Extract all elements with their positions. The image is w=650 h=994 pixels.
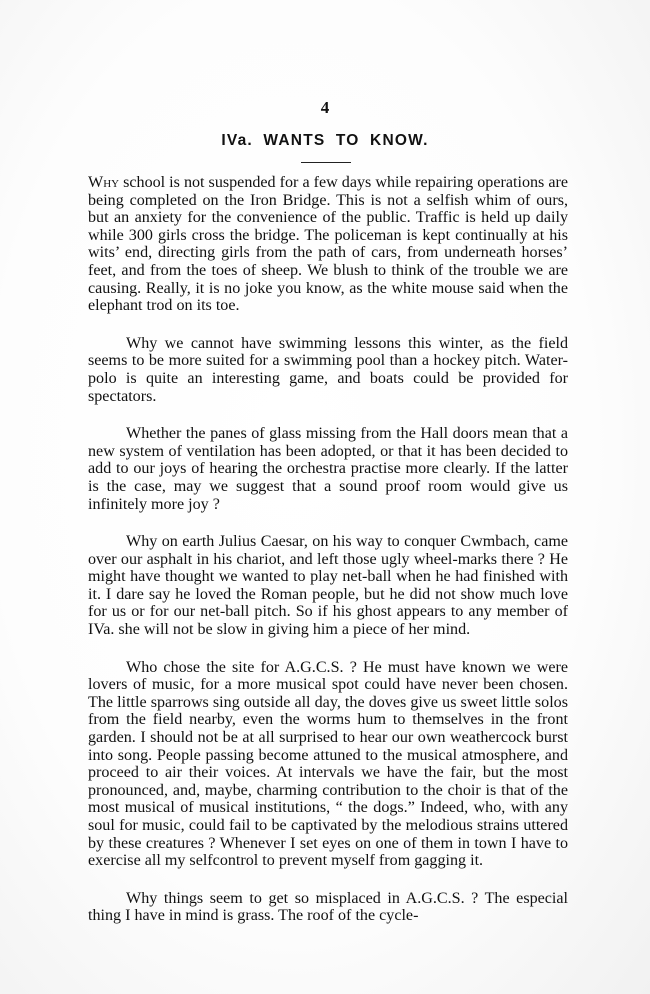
page-number: 4 <box>0 98 650 118</box>
paragraph-5: Who chose the site for A.G.C.S. ? He mus… <box>88 659 568 870</box>
paragraph-3: Whether the panes of glass missing from … <box>88 425 568 513</box>
drop-word: Why <box>88 174 119 191</box>
article-body: Why school is not suspended for a few da… <box>88 174 568 925</box>
paragraph-6: Why things seem to get so misplaced in A… <box>88 890 568 925</box>
paragraph-1: Why school is not suspended for a few da… <box>88 174 568 315</box>
paragraph-4: Why on earth Julius Caesar, on his way t… <box>88 533 568 639</box>
title-divider <box>301 162 351 163</box>
article-title: IVa. WANTS TO KNOW. <box>0 132 650 150</box>
paragraph-1-text: school is not suspended for a few days w… <box>88 174 568 314</box>
paragraph-2: Why we cannot have swimming lessons this… <box>88 335 568 405</box>
document-page: 4 IVa. WANTS TO KNOW. Why school is not … <box>0 0 650 994</box>
